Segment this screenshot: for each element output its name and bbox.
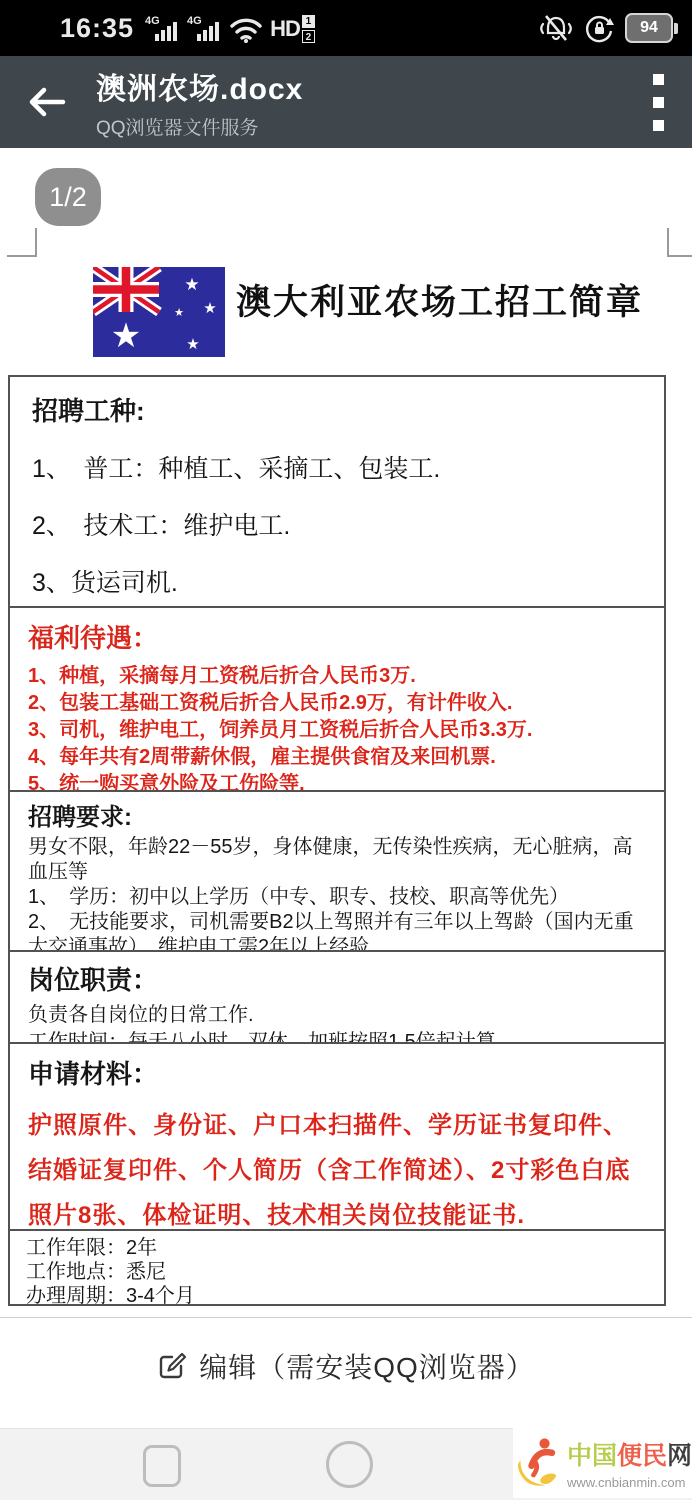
app-header: 澳洲农场.docx QQ浏览器文件服务 (0, 56, 692, 148)
list-item: 工作年限：2年 (26, 1236, 648, 1260)
network-type-label-2: 4G (187, 15, 202, 27)
watermark-brand-part1: 中国 (567, 1442, 617, 1470)
status-right-icons: 94 (539, 12, 678, 44)
page-indicator-badge: 1/2 (35, 168, 101, 226)
svg-text:★: ★ (203, 299, 216, 317)
section-heading: 岗位职责： (28, 960, 646, 997)
section-benefits: 福利待遇： 1、种植，采摘每月工资税后折合人民币3万. 2、包装工基础工资税后折… (8, 606, 666, 792)
header-title-block: 澳洲农场.docx QQ浏览器文件服务 (96, 64, 303, 140)
site-watermark: 中国便民网 www.cnbianmin.com (513, 1428, 692, 1498)
home-button[interactable] (326, 1441, 373, 1488)
file-title: 澳洲农场.docx (96, 64, 303, 108)
status-bar: 16:35 4G 4G HD (0, 0, 692, 56)
section-heading: 申请材料： (28, 1054, 646, 1091)
watermark-url: www.cnbianmin.com (567, 1475, 692, 1490)
file-subtitle: QQ浏览器文件服务 (96, 113, 303, 140)
menu-dot-icon (653, 74, 664, 85)
list-item: 3、货运司机. (32, 563, 642, 599)
watermark-brand: 中国便民网 (567, 1436, 692, 1472)
cellular-signal-icon-2: 4G (186, 13, 222, 43)
page-corner-mark-left (7, 228, 37, 257)
list-item: 5、统一购买意外险及工伤险等. (28, 771, 646, 792)
hd-label: HD (270, 16, 300, 42)
section-heading: 福利待遇： (28, 618, 646, 655)
menu-dot-icon (653, 97, 664, 108)
svg-text:★: ★ (184, 275, 199, 295)
rotation-lock-icon (583, 12, 615, 44)
back-button[interactable] (20, 76, 72, 128)
section-terms: 工作年限：2年 工作地点：悉尼 办理周期：3-4个月 (8, 1229, 666, 1306)
section-materials: 申请材料： 护照原件、身份证、户口本扫描件、学历证书复印件、结婚证复印件、个人简… (8, 1042, 666, 1231)
list-item: 负责各自岗位的日常工作. (28, 1002, 646, 1029)
battery-nub (674, 23, 678, 34)
phone-screen: 16:35 4G 4G HD (0, 0, 692, 1500)
svg-text:★: ★ (174, 306, 184, 319)
section-duties: 岗位职责： 负责各自岗位的日常工作. 工作时间：每天八小时，双休，加班按照1.5… (8, 950, 666, 1044)
content-divider (0, 1317, 692, 1318)
recents-button[interactable] (143, 1445, 181, 1487)
battery-icon: 94 (625, 13, 678, 43)
list-item: 3、司机，维护电工，饲养员月工资税后折合人民币3.3万. (28, 717, 646, 744)
clock: 16:35 (60, 13, 134, 44)
back-arrow-icon (25, 85, 67, 119)
overflow-menu-button[interactable] (645, 66, 672, 139)
section-intro: 男女不限，年龄22－55岁，身体健康，无传染性疾病，无心脏病，高血压等 (28, 835, 646, 885)
australia-flag-image: ★ ★ ★ ★ ★ (93, 267, 225, 357)
sim1-badge: 1 (302, 15, 315, 28)
mute-vibrate-icon (539, 13, 573, 43)
menu-dot-icon (653, 120, 664, 131)
document-headline: 澳大利亚农场工招工简章 (236, 280, 676, 326)
list-item: 4、每年共有2周带薪休假，雇主提供食宿及来回机票. (28, 744, 646, 771)
list-item: 1、 学历：初中以上学历（中专、职专、技校、职高等优先） (28, 885, 646, 910)
svg-text:★: ★ (186, 335, 199, 353)
dual-sim-badge: 1 2 (302, 15, 315, 43)
list-item: 工作地点：悉尼 (26, 1260, 648, 1284)
commonwealth-star: ★ (111, 316, 141, 356)
list-item: 办理周期：3-4个月 (26, 1284, 648, 1306)
edit-button-label: 编辑（需安装QQ浏览器） (199, 1346, 535, 1386)
status-left-icons: 4G 4G HD 1 (144, 13, 315, 43)
list-item: 2、 无技能要求，司机需要B2以上驾照并有三年以上驾龄（国内无重大交通事故），维… (28, 910, 646, 952)
watermark-text-block: 中国便民网 www.cnbianmin.com (567, 1436, 692, 1490)
watermark-brand-part3: 网 (667, 1442, 692, 1470)
cellular-signal-icon-1: 4G (144, 13, 180, 43)
section-heading: 招聘工种: (32, 391, 642, 428)
battery-level: 94 (625, 13, 673, 43)
section-heading: 招聘要求: (28, 797, 646, 832)
wifi-icon (228, 13, 264, 43)
watermark-brand-part2: 便民 (617, 1442, 667, 1470)
edit-pencil-icon (157, 1351, 187, 1381)
list-item: 2、包装工基础工资税后折合人民币2.9万，有计件收入. (28, 690, 646, 717)
list-item: 1、 普工：种植工、采摘工、包装工. (32, 449, 642, 485)
section-body: 护照原件、身份证、户口本扫描件、学历证书复印件、结婚证复印件、个人简历（含工作简… (28, 1103, 646, 1231)
edit-button[interactable]: 编辑（需安装QQ浏览器） (0, 1338, 692, 1394)
section-jobs: 招聘工种: 1、 普工：种植工、采摘工、包装工. 2、 技术工：维护电工. 3、… (8, 375, 666, 608)
volte-hd-icon: HD 1 2 (270, 15, 315, 43)
network-type-label-1: 4G (145, 15, 160, 27)
cnbianmin-logo-icon (513, 1432, 565, 1494)
page-corner-mark-right (667, 228, 692, 257)
list-item: 2、 技术工：维护电工. (32, 506, 642, 542)
section-requirements: 招聘要求: 男女不限，年龄22－55岁，身体健康，无传染性疾病，无心脏病，高血压… (8, 790, 666, 952)
list-item: 1、种植，采摘每月工资税后折合人民币3万. (28, 663, 646, 690)
sim2-badge: 2 (302, 30, 315, 43)
